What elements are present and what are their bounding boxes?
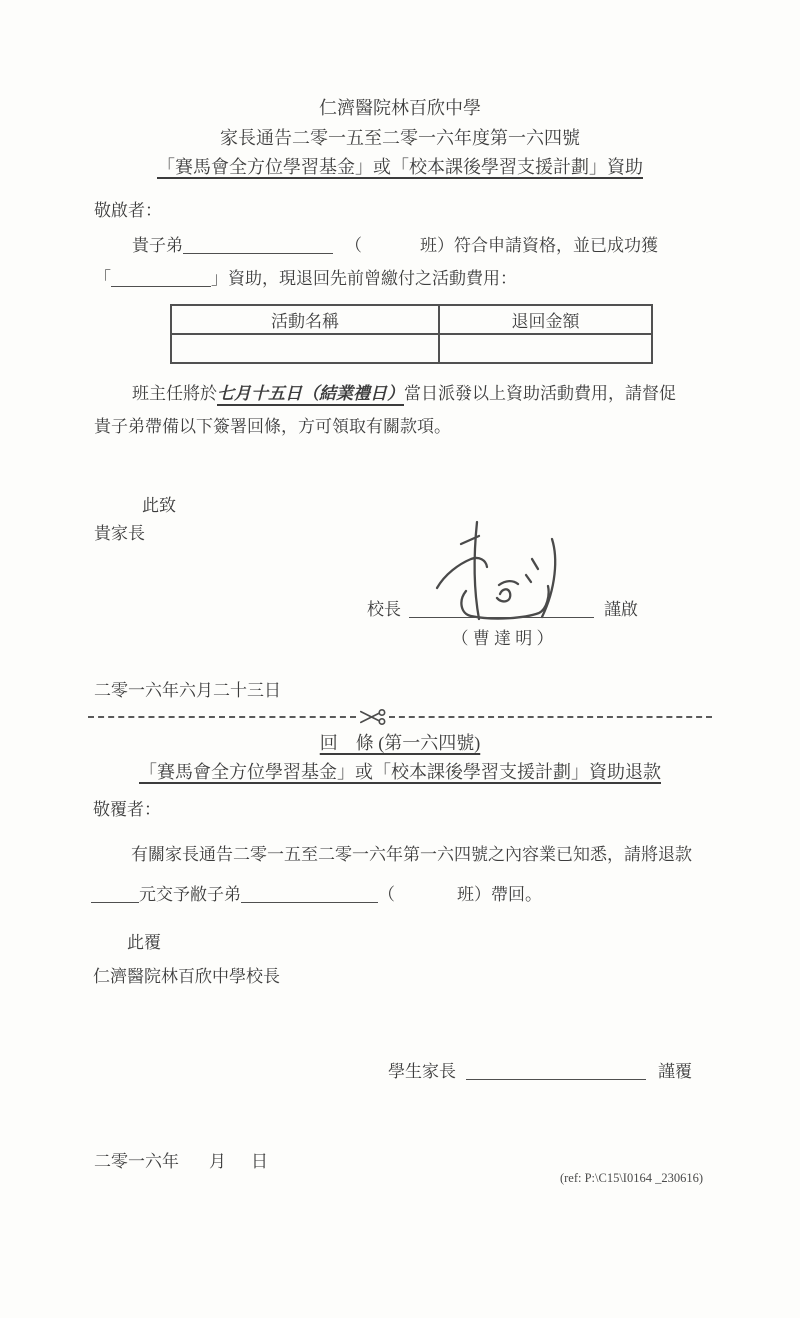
table-cell-amount — [439, 334, 652, 363]
cifu-label: 此覆 — [127, 926, 161, 959]
para2-lead: 班主任將於 — [132, 384, 217, 403]
table-row — [171, 334, 652, 363]
reply-date-day-blank — [226, 1166, 251, 1167]
cut-line — [88, 708, 712, 726]
spacer — [646, 1076, 658, 1077]
reply-slip-subtitle-text: 「賽馬會全方位學習基金」或「校本課後學習支援計劃」資助退款 — [139, 762, 661, 782]
paragraph-eligibility: 貴子弟（班）符合申請資格，並已成功獲 「」資助，現退回先前曾繳付之活動費用： — [94, 229, 712, 295]
respect-label: 謹啟 — [604, 600, 638, 619]
distribution-date: 七月十五日（結業禮日） — [217, 384, 404, 406]
table-header-activity: 活動名稱 — [171, 305, 439, 334]
reply-body-line1-text: 有關家長通告二零一五至二零一六年第一六四號之內容業已知悉，請將退款 — [93, 838, 692, 871]
reply-slip-subtitle: 「賽馬會全方位學習基金」或「校本課後學習支援計劃」資助退款 — [0, 758, 800, 787]
principal-signature-blank — [409, 600, 594, 618]
scissors-icon — [356, 708, 389, 726]
parent-label: 學生家長 — [388, 1062, 456, 1081]
reply-date-day: 日 — [251, 1152, 268, 1171]
dashed-line-left — [88, 716, 356, 718]
reply-body-line2: 元交予敝子弟（班）帶回。 — [91, 878, 711, 911]
notice-number-line: 家長通告二零一五至二零一六年度第一六四號 — [0, 124, 800, 153]
paragraph-distribution-line1: 班主任將於七月十五日（結業禮日）當日派發以上資助活動費用，請督促 — [94, 377, 712, 410]
reply-slip-title-text: 回 條 (第一六四號) — [320, 733, 481, 753]
para1-line2-rest: 」資助，現退回先前曾繳付之活動費用： — [211, 269, 517, 288]
para1-quote-open: 「 — [94, 269, 111, 288]
reply-paren-open: （ — [378, 885, 395, 904]
reply-date-line: 二零一六年月日 — [94, 1145, 268, 1178]
parent-signature-blank — [466, 1062, 646, 1080]
school-name: 仁濟醫院林百欣中學 — [0, 94, 800, 123]
reply-slip-title: 回 條 (第一六四號) — [0, 729, 800, 758]
notice-date: 二零一六年六月二十三日 — [94, 674, 281, 707]
table-header-amount: 退回金額 — [439, 305, 652, 334]
recipient-label: 貴家長 — [94, 517, 145, 550]
paragraph-eligibility-line1: 貴子弟（班）符合申請資格，並已成功獲 — [94, 229, 712, 262]
reply-date-month: 月 — [209, 1152, 226, 1171]
table-cell-activity — [171, 334, 439, 363]
spacer — [594, 614, 604, 615]
parent-signature-line: 學生家長謹覆 — [388, 1055, 692, 1088]
reference-code: (ref: P:\C15\I0164 _230616) — [560, 1171, 703, 1186]
reply-student-name-blank — [241, 885, 378, 903]
class-blank — [362, 250, 420, 251]
salutation: 敬啟者： — [94, 194, 162, 227]
reply-body-line2-end: 班）帶回。 — [457, 885, 542, 904]
reply-date-year: 二零一六年 — [94, 1152, 179, 1171]
spacer — [333, 250, 345, 251]
para1-paren-close: 班）符合申請資格，並已成功獲 — [420, 236, 658, 255]
reply-body-line2-mid: 元交予敝子弟 — [139, 885, 241, 904]
reply-date-month-blank — [179, 1166, 209, 1167]
reply-salutation: 敬覆者： — [93, 793, 161, 826]
student-name-blank — [183, 236, 333, 254]
table-header-row: 活動名稱 退回金額 — [171, 305, 652, 334]
refund-amount-blank — [91, 885, 139, 903]
paragraph-eligibility-line2: 「」資助，現退回先前曾繳付之活動費用： — [94, 262, 712, 295]
fund-name-blank — [111, 269, 211, 287]
parent-respect-label: 謹覆 — [658, 1062, 692, 1081]
reply-class-blank — [395, 899, 457, 900]
document-page: 仁濟醫院林百欣中學 家長通告二零一五至二零一六年度第一六四號 「賽馬會全方位學習… — [0, 0, 800, 1318]
principal-name: （ 曹 達 明 ） — [410, 622, 595, 655]
paragraph-distribution-line2: 貴子弟帶備以下簽署回條，方可領取有關款項。 — [94, 410, 712, 443]
reply-body-line1: 有關家長通告二零一五至二零一六年第一六四號之內容業已知悉，請將退款 — [93, 838, 713, 871]
para1-paren-open: （ — [345, 236, 362, 255]
notice-subject: 「賽馬會全方位學習基金」或「校本課後學習支援計劃」資助 — [0, 153, 800, 182]
spacer — [456, 1076, 466, 1077]
para2-rest: 當日派發以上資助活動費用，請督促 — [404, 384, 676, 403]
dashed-line-right — [389, 716, 712, 718]
paragraph-distribution: 班主任將於七月十五日（結業禮日）當日派發以上資助活動費用，請督促 貴子弟帶備以下… — [94, 377, 712, 443]
cizhi-label: 此致 — [142, 489, 176, 522]
notice-subject-text: 「賽馬會全方位學習基金」或「校本課後學習支援計劃」資助 — [157, 157, 643, 177]
principal-label: 校長 — [367, 600, 401, 619]
para1-lead: 貴子弟 — [132, 236, 183, 255]
reply-addressee: 仁濟醫院林百欣中學校長 — [93, 960, 280, 993]
refund-table: 活動名稱 退回金額 — [170, 304, 653, 364]
spacer — [401, 614, 409, 615]
